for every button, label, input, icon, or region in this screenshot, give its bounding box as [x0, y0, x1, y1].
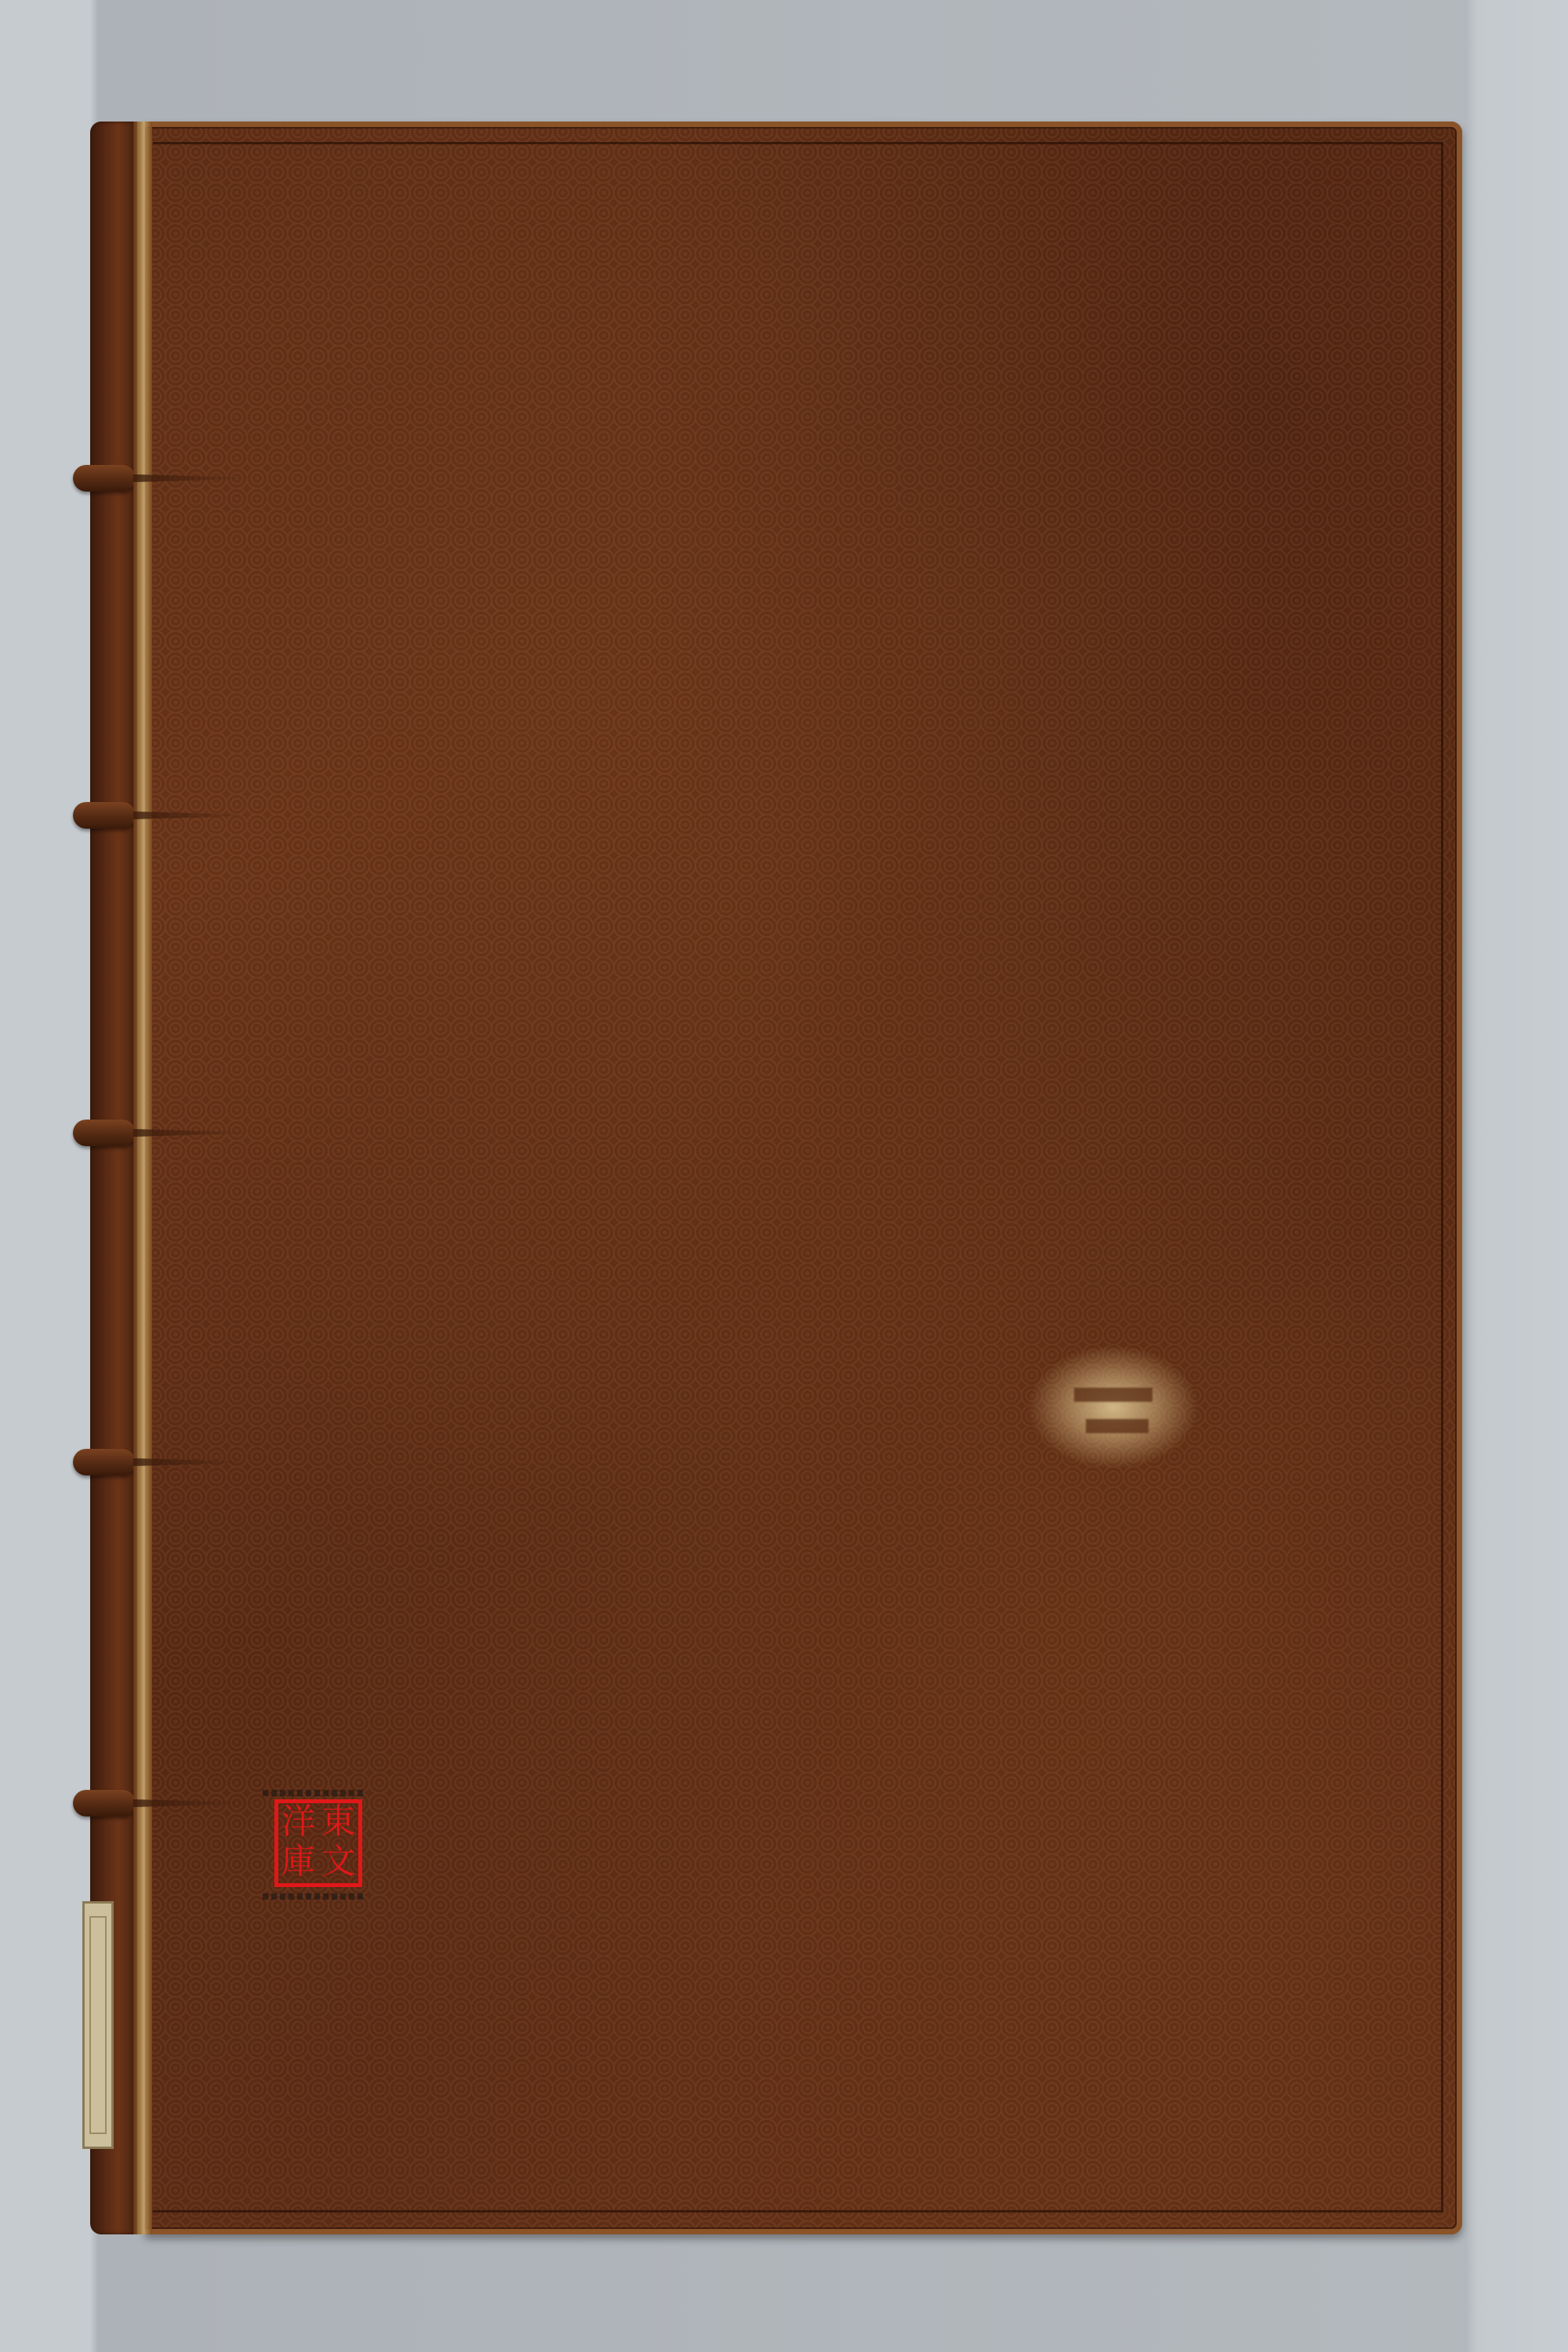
spine-raised-band [73, 1449, 136, 1475]
spine-shelf-label [82, 1901, 114, 2149]
spine-raised-band [73, 465, 136, 492]
scuff-streak [1086, 1419, 1149, 1433]
book: 東 洋 文 庫 [90, 122, 1462, 2234]
spine-raised-band [73, 802, 136, 829]
red-seal-stamp: 東 洋 文 庫 [274, 1799, 362, 1887]
spine-label-border [89, 1916, 107, 2134]
stamp-char: 庫 [278, 1843, 318, 1883]
stamp-char: 文 [318, 1843, 358, 1883]
front-cover [145, 122, 1462, 2234]
book-spine [90, 122, 137, 2234]
stamp-caption-top [263, 1790, 365, 1796]
stamp-char: 東 [318, 1803, 358, 1843]
book-hinge [133, 122, 152, 2234]
scuff-streak [1074, 1388, 1152, 1402]
stamp-char: 洋 [278, 1803, 318, 1843]
spine-raised-band [73, 1120, 136, 1146]
stamp-caption-bottom [263, 1893, 365, 1900]
leather-scuff-mark [1027, 1345, 1200, 1470]
spine-raised-band [73, 1790, 136, 1817]
blind-fillet-border [153, 142, 1443, 2212]
